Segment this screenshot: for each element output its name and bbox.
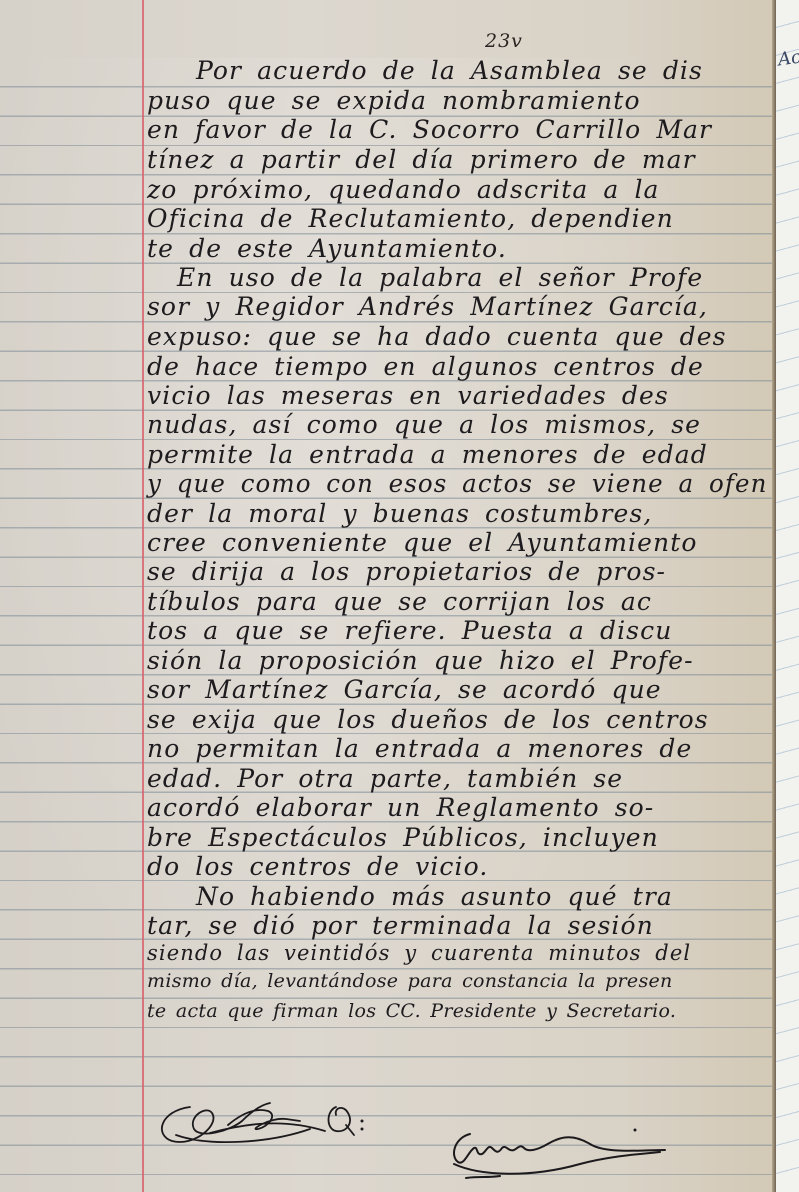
text-line: do los centros de vicio. — [147, 854, 488, 879]
text-line: expuso: que se ha dado cuenta que des — [147, 324, 727, 349]
ledger-page: 23v Por acuerdo de la Asamblea se dis pu… — [0, 0, 776, 1192]
text-line: vicio las meseras en variedades des — [147, 383, 669, 408]
text-line: edad. Por otra parte, también se — [147, 766, 623, 791]
text-line: permite la entrada a menores de edad — [147, 442, 708, 467]
text-line: sión la proposición que hizo el Profe- — [147, 648, 694, 673]
text-line: zo próximo, quedando adscrita a la — [147, 177, 660, 202]
president-signature — [150, 1095, 390, 1155]
text-line: siendo las veintidós y cuarenta minutos … — [147, 943, 691, 964]
text-line: cree conveniente que el Ayuntamiento — [147, 530, 698, 555]
text-line: puso que se expida nombramiento — [147, 88, 641, 113]
text-line: te de este Ayuntamiento. — [147, 236, 507, 261]
text-line: nudas, así como que a los mismos, se — [147, 412, 701, 437]
adjacent-page-edge: Ac — [776, 0, 799, 1192]
text-line: En uso de la palabra el señor Profe — [177, 265, 703, 290]
adjacent-page-text: Ac — [777, 46, 799, 70]
text-line: Por acuerdo de la Asamblea se dis — [196, 58, 703, 83]
text-line: en favor de la C. Socorro Carrillo Mar — [147, 117, 712, 142]
text-line: te acta que firman los CC. Presidente y … — [147, 1002, 676, 1021]
text-line: no permitan la entrada a menores de — [147, 736, 692, 761]
text-line: bre Espectáculos Públicos, incluyen — [147, 825, 659, 850]
text-line: tíbulos para que se corrijan los ac — [147, 589, 652, 614]
text-line: der la moral y buenas costumbres, — [147, 501, 652, 526]
text-line: tar, se dió por terminada la sesión — [147, 913, 654, 938]
text-line: mismo día, levantándose para constancia … — [147, 972, 673, 991]
text-line: sor y Regidor Andrés Martínez García, — [147, 294, 708, 319]
text-line: se dirija a los propietarios de pros- — [147, 559, 666, 584]
secretary-signature — [440, 1120, 700, 1190]
text-line: sor Martínez García, se acordó que — [147, 677, 662, 702]
text-line: acordó elaborar un Reglamento so- — [147, 795, 654, 820]
text-line: y que como con esos actos se viene a ofe… — [147, 471, 767, 496]
text-line: Oficina de Reclutamiento, dependien — [147, 206, 674, 231]
text-line: de hace tiempo en algunos centros de — [147, 354, 704, 379]
text-line: tínez a partir del día primero de mar — [147, 147, 696, 172]
adjacent-page-rules — [776, 0, 799, 1192]
minutes-text: Por acuerdo de la Asamblea se dis puso q… — [0, 0, 776, 1192]
text-line: tos a que se refiere. Puesta a discu — [147, 618, 672, 643]
text-line: se exija que los dueños de los centros — [147, 707, 709, 732]
text-line: No habiendo más asunto qué tra — [196, 884, 673, 909]
